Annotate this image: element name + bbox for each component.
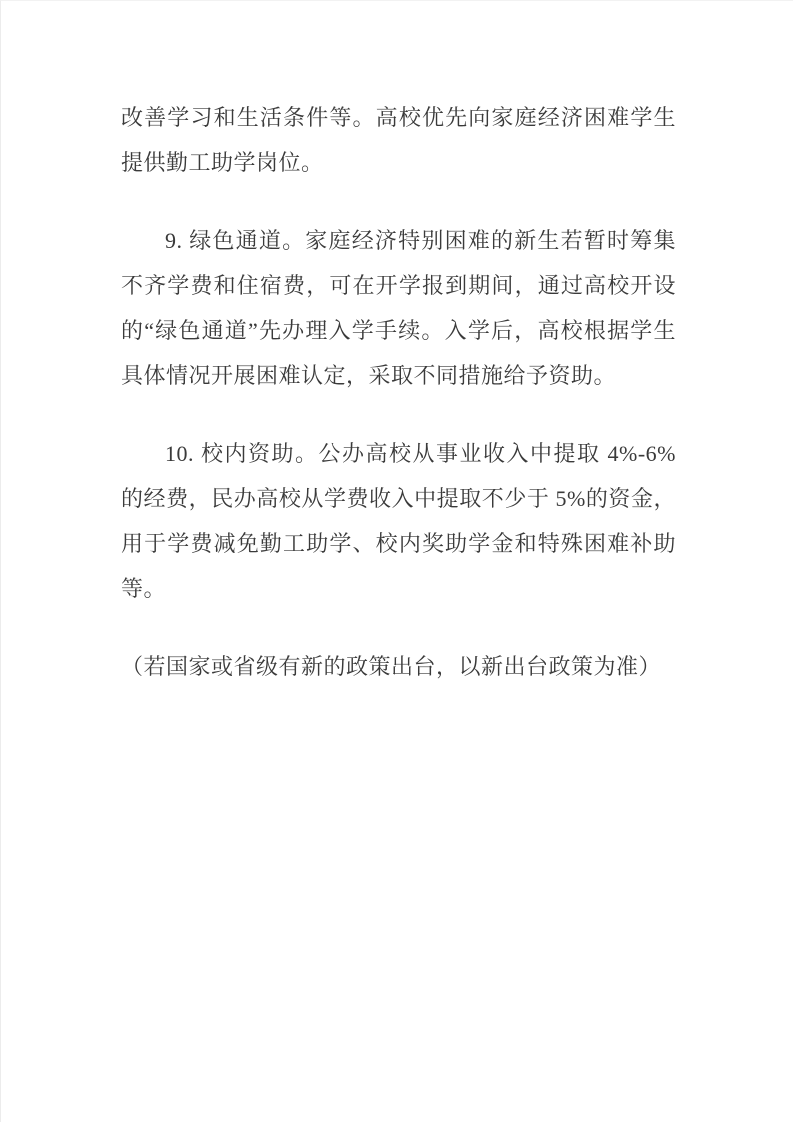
body-paragraph-continuation: 改善学习和生活条件等。高校优先向家庭经济困难学生提供勤工助学岗位。	[121, 95, 676, 185]
list-item-9-green-channel: 9. 绿色通道。家庭经济特别困难的新生若暂时筹集不齐学费和住宿费，可在开学报到期…	[121, 218, 676, 398]
list-item-10-campus-aid: 10. 校内资助。公办高校从事业收入中提取 4%-6%的经费，民办高校从学费收入…	[121, 431, 676, 611]
document-page: 改善学习和生活条件等。高校优先向家庭经济困难学生提供勤工助学岗位。 9. 绿色通…	[0, 0, 793, 1122]
policy-note: （若国家或省级有新的政策出台，以新出台政策为准）	[121, 644, 676, 689]
